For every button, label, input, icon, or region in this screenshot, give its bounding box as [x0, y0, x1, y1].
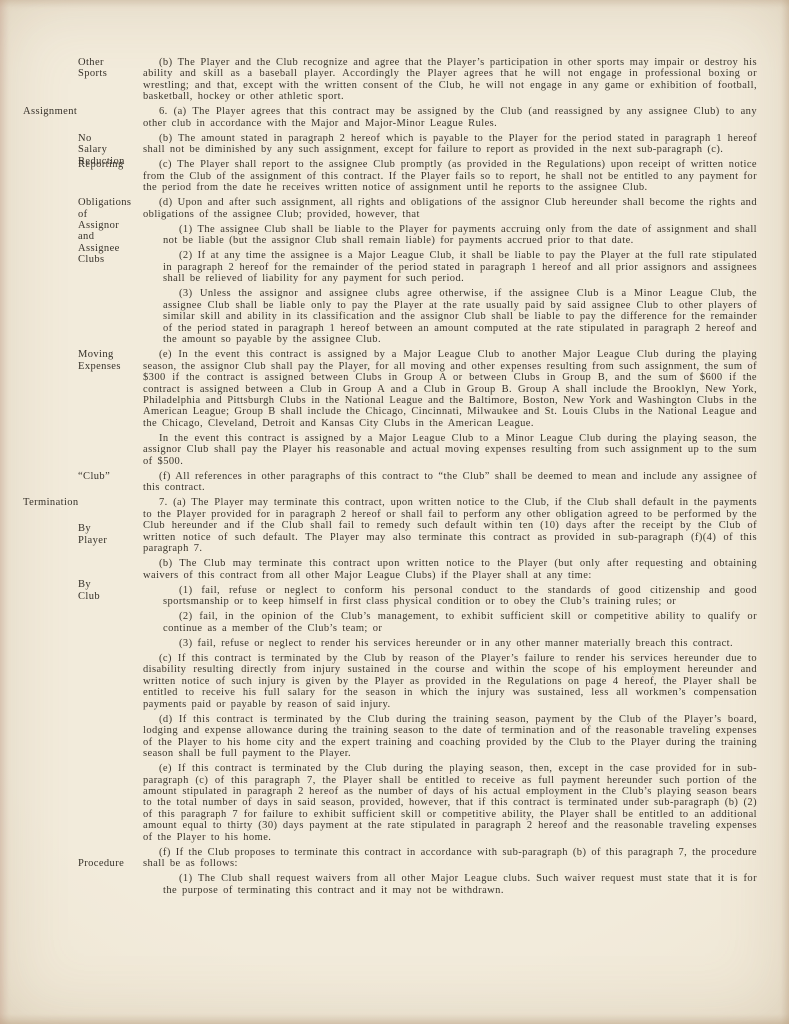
margin-label: Procedure — [78, 858, 124, 869]
contract-section: “Club”(f) All references in other paragr… — [0, 471, 789, 494]
contract-section: (c) If this contract is terminated by th… — [0, 653, 789, 710]
margin-label: Assignment — [23, 106, 77, 117]
margin-label-line: Club — [78, 591, 100, 602]
contract-section: Assignment6. (a) The Player agrees that … — [0, 106, 789, 129]
margin-label-line: of — [78, 209, 131, 220]
margin-label: MovingExpenses — [78, 349, 121, 372]
margin-label: “Club” — [78, 471, 110, 482]
contract-paragraph: 6. (a) The Player agrees that this contr… — [143, 106, 757, 129]
contract-paragraph: (b) The Club may terminate this contract… — [143, 558, 757, 581]
margin-label-line: Sports — [78, 68, 107, 79]
margin-label-line: “Club” — [78, 471, 110, 482]
contract-section: TerminationByPlayer7. (a) The Player may… — [0, 497, 789, 554]
margin-label: Termination — [23, 497, 79, 508]
contract-section: (d) If this contract is terminated by th… — [0, 714, 789, 760]
contract-subparagraph: (3) Unless the assignor and assignee clu… — [163, 288, 757, 345]
margin-label: ObligationsofAssignorandAssigneeClubs — [78, 197, 131, 265]
margin-label-line: Other — [78, 57, 107, 68]
contract-paragraph: (d) If this contract is terminated by th… — [143, 714, 757, 760]
contract-paragraph: (f) If the Club proposes to terminate th… — [143, 847, 757, 870]
contract-subparagraph: (2) If at any time the assignee is a Maj… — [163, 250, 757, 284]
contract-section: Procedure(f) If the Club proposes to ter… — [0, 847, 789, 896]
margin-label-line: Assignment — [23, 106, 77, 117]
section-body: (d) If this contract is terminated by th… — [143, 714, 757, 760]
margin-label-line: Expenses — [78, 361, 121, 372]
margin-label-line: and — [78, 231, 131, 242]
contract-page: OtherSports(b) The Player and the Club r… — [0, 0, 789, 1024]
contract-paragraph: (c) The Player shall report to the assig… — [143, 159, 757, 193]
contract-section: (e) If this contract is terminated by th… — [0, 763, 789, 843]
margin-label-line: Obligations — [78, 197, 131, 208]
margin-label-line: Clubs — [78, 254, 131, 265]
section-body: (e) In the event this contract is assign… — [143, 349, 757, 467]
section-body: (e) If this contract is terminated by th… — [143, 763, 757, 843]
contract-paragraph: (d) Upon and after such assignment, all … — [143, 197, 757, 220]
margin-label: Reporting — [78, 159, 124, 170]
contract-section: NoSalaryReduction(b) The amount stated i… — [0, 133, 789, 156]
section-body: (f) If the Club proposes to terminate th… — [143, 847, 757, 896]
contract-section: ByClub(b) The Club may terminate this co… — [0, 558, 789, 649]
margin-label-line: By — [78, 579, 100, 590]
contract-paragraph: (b) The amount stated in paragraph 2 her… — [143, 133, 757, 156]
section-body: 6. (a) The Player agrees that this contr… — [143, 106, 757, 129]
margin-label-line: Reporting — [78, 159, 124, 170]
contract-paragraph: (e) In the event this contract is assign… — [143, 349, 757, 429]
contract-paragraph: (c) If this contract is terminated by th… — [143, 653, 757, 710]
contract-subparagraph: (2) fail, in the opinion of the Club’s m… — [163, 611, 757, 634]
margin-label: ByPlayer — [78, 523, 107, 546]
margin-label-line: No — [78, 133, 125, 144]
margin-label: ByClub — [78, 579, 100, 602]
margin-label-line: Salary — [78, 144, 125, 155]
margin-label-line: Assignor — [78, 220, 131, 231]
section-body: (d) Upon and after such assignment, all … — [143, 197, 757, 345]
margin-label: OtherSports — [78, 57, 107, 80]
section-body: (c) If this contract is terminated by th… — [143, 653, 757, 710]
contract-subparagraph: (1) fail, refuse or neglect to conform h… — [163, 585, 757, 608]
section-body: (c) The Player shall report to the assig… — [143, 159, 757, 193]
margin-label-line: Player — [78, 535, 107, 546]
contract-subparagraph: (1) The Club shall request waivers from … — [163, 873, 757, 896]
margin-label-line: Moving — [78, 349, 121, 360]
margin-label-line: Procedure — [78, 858, 124, 869]
section-body: 7. (a) The Player may terminate this con… — [143, 497, 757, 554]
margin-label-line: By — [78, 523, 107, 534]
contract-paragraph: (e) If this contract is terminated by th… — [143, 763, 757, 843]
margin-label-line: Assignee — [78, 243, 131, 254]
contract-content: OtherSports(b) The Player and the Club r… — [0, 57, 789, 900]
section-body: (f) All references in other paragraphs o… — [143, 471, 757, 494]
contract-paragraph: 7. (a) The Player may terminate this con… — [143, 497, 757, 554]
contract-paragraph: In the event this contract is assigned b… — [143, 433, 757, 467]
contract-paragraph: (f) All references in other paragraphs o… — [143, 471, 757, 494]
section-body: (b) The Player and the Club recognize an… — [143, 57, 757, 103]
contract-section: OtherSports(b) The Player and the Club r… — [0, 57, 789, 103]
contract-subparagraph: (1) The assignee Club shall be liable to… — [163, 224, 757, 247]
contract-section: Reporting(c) The Player shall report to … — [0, 159, 789, 193]
contract-subparagraph: (3) fail, refuse or neglect to render hi… — [163, 638, 757, 649]
section-body: (b) The amount stated in paragraph 2 her… — [143, 133, 757, 156]
section-body: (b) The Club may terminate this contract… — [143, 558, 757, 649]
margin-label-line: Termination — [23, 497, 79, 508]
contract-paragraph: (b) The Player and the Club recognize an… — [143, 57, 757, 103]
contract-section: ObligationsofAssignorandAssigneeClubs(d)… — [0, 197, 789, 345]
contract-section: MovingExpenses(e) In the event this cont… — [0, 349, 789, 467]
